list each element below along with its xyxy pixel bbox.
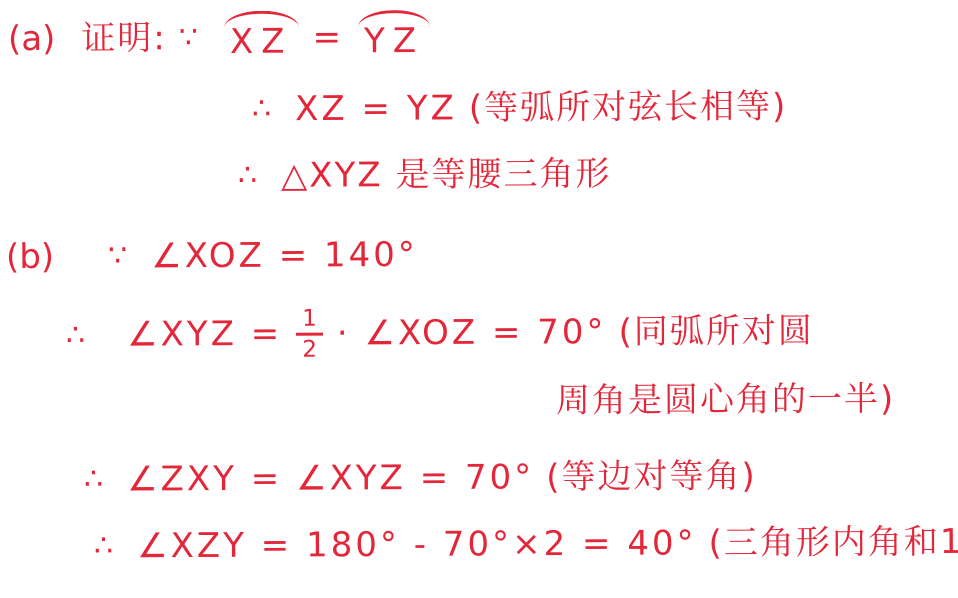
therefore-symbol: ∴ bbox=[66, 317, 89, 353]
equals-sign: = bbox=[312, 17, 344, 58]
fraction-denominator: 2 bbox=[302, 336, 317, 362]
proof-line-a2: ∴ XZ = YZ (等弧所对弦长相等) bbox=[252, 87, 788, 131]
proof-line-b1: (b) ∵ ∠XOZ = 140° bbox=[6, 235, 418, 278]
proof-line-a3: ∴ △XYZ 是等腰三角形 bbox=[238, 154, 612, 197]
therefore-symbol: ∴ bbox=[84, 462, 107, 498]
reason-inscribed-angle-part1: (同弧所对圆 bbox=[618, 311, 813, 353]
central-angle-statement: ∠XOZ = 140° bbox=[151, 235, 418, 277]
reason-triangle-angle-sum: (三角形内角和180°) bbox=[708, 522, 958, 565]
reason-equal-arcs-equal-chords: (等弧所对弦长相等) bbox=[469, 87, 788, 129]
proof-line-b2: ∴ ∠XYZ = 1 2 · ∠XOZ = 70° (同弧所对圆 bbox=[66, 304, 814, 363]
therefore-symbol: ∴ bbox=[94, 529, 117, 565]
because-symbol: ∵ bbox=[108, 239, 131, 275]
proof-line-b3: ∴ ∠ZXY = ∠XYZ = 70° (等边对等角) bbox=[84, 456, 757, 500]
therefore-symbol: ∴ bbox=[252, 92, 275, 128]
base-angles-statement: ∠ZXY = ∠XYZ = 70° bbox=[127, 457, 534, 500]
arc-xz: XZ bbox=[222, 14, 301, 63]
chord-equality-statement: XZ = YZ bbox=[295, 88, 457, 130]
fraction-one-half: 1 2 bbox=[296, 307, 323, 362]
proof-line-b2-continuation: 周角是圆心角的一半) bbox=[556, 379, 895, 422]
fraction-numerator: 1 bbox=[296, 307, 323, 336]
reason-equal-sides-equal-angles: (等边对等角) bbox=[546, 456, 757, 498]
apex-angle-statement: ∠XZY = 180° - 70°×2 = 40° bbox=[137, 523, 697, 567]
proof-word: 证明: bbox=[81, 18, 167, 59]
inscribed-angle-rhs: · ∠XOZ = 70° bbox=[337, 312, 607, 354]
arc-yz: YZ bbox=[356, 13, 432, 62]
handwritten-proof-sheet: (a) 证明: ∵ XZ = YZ ∴ XZ = YZ (等弧所对弦长相等) ∴… bbox=[0, 0, 958, 598]
because-symbol: ∵ bbox=[179, 20, 202, 56]
therefore-symbol: ∴ bbox=[238, 158, 261, 194]
proof-line-a1: (a) 证明: ∵ XZ = YZ bbox=[8, 13, 432, 64]
part-b-label: (b) bbox=[6, 237, 54, 278]
part-a-label: (a) bbox=[8, 19, 56, 60]
isosceles-triangle-conclusion: △XYZ 是等腰三角形 bbox=[281, 154, 612, 197]
proof-line-b4: ∴ ∠XZY = 180° - 70°×2 = 40° (三角形内角和180°) bbox=[94, 522, 958, 568]
inscribed-angle-lhs: ∠XYZ = bbox=[127, 314, 282, 356]
reason-inscribed-angle-part2: 周角是圆心角的一半) bbox=[556, 379, 895, 422]
